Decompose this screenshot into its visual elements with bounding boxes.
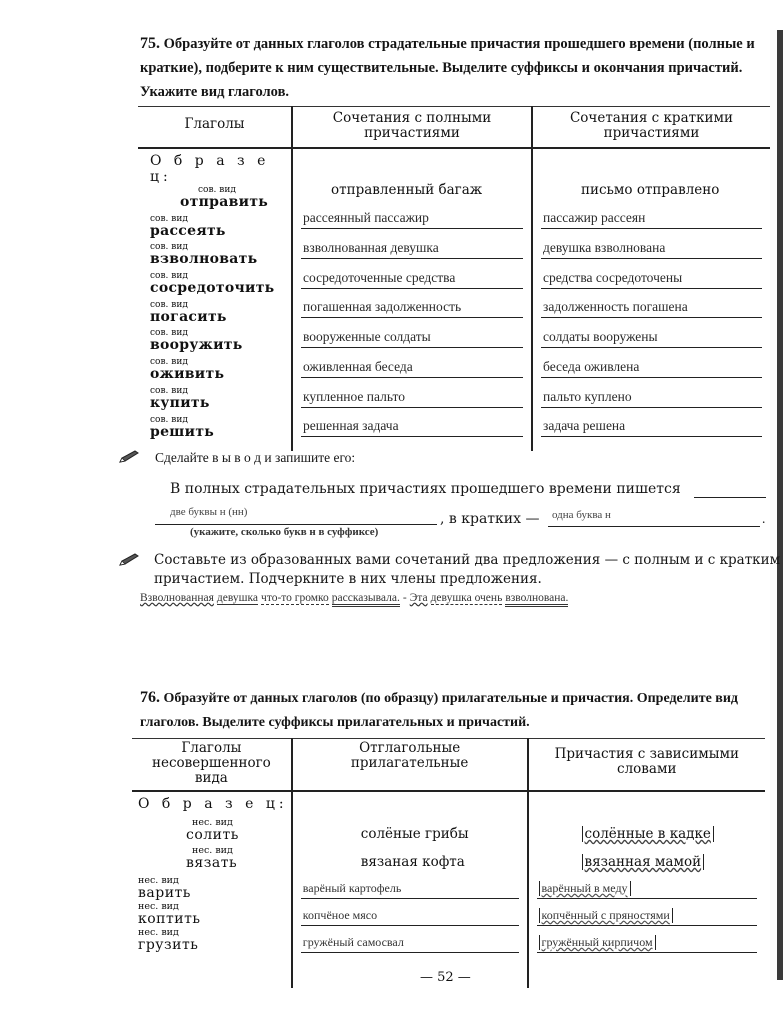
answer-short[interactable]: девушка взволнована (541, 229, 762, 259)
verbs-column: О б р а з е ц: нес. видсолить нес. видвя… (132, 791, 292, 988)
header-short: Сочетания с краткими причастиями (532, 107, 770, 149)
answer-short[interactable]: задача решена (541, 408, 762, 438)
verb-row: сов. видпогасить (150, 300, 291, 329)
answer-adjective[interactable]: варёный картофель (301, 872, 519, 899)
sample-verb: сов. вид отправить (150, 185, 291, 214)
sample-short: письмо отправлено (541, 171, 762, 200)
sample-participle: вязанная мамой (537, 844, 757, 872)
answer-full[interactable]: оживленная беседа (301, 348, 523, 378)
header-verbs: Глаголы (138, 107, 292, 149)
verbs-column: О б р а з е ц: сов. вид отправить сов. в… (138, 148, 292, 451)
header-participles: Причастия с зависимыми словами (528, 739, 765, 792)
conclusion-sentence: В полных страдательных причастиях прошед… (170, 481, 681, 497)
answer-short[interactable]: пассажир рассеян (541, 200, 762, 230)
pencil-icon (118, 553, 140, 567)
answer-full-count[interactable]: две буквы н (нн) (170, 506, 247, 518)
sample-adjective: солёные грибы (301, 816, 519, 844)
header-full: Сочетания с полными причастиями (292, 107, 532, 149)
adjectives-column: солёные грибы вязаная кофта варёный карт… (292, 791, 528, 988)
answer-full[interactable]: погашенная задолженность (301, 289, 523, 319)
sample-participle: солённые в кадке (537, 816, 757, 844)
pencil-icon (118, 450, 140, 464)
answer-short-count[interactable]: одна буква н (552, 509, 611, 521)
sentences-prompt: Составьте из образованных вами сочетаний… (154, 551, 780, 589)
conclusion-hint: (укажите, сколько букв н в суффиксе) (190, 526, 378, 538)
participles-column: солённые в кадке вязанная мамой варённый… (528, 791, 765, 988)
instruction-text: Образуйте от данных глаголов страдательн… (140, 36, 755, 100)
full-participles-column: отправленный багаж рассеянный пассажир в… (292, 148, 532, 451)
answer-full[interactable]: рассеянный пассажир (301, 200, 523, 230)
exercise-number: 75. (140, 35, 160, 52)
verb-row: сов. видвооружить (150, 328, 291, 357)
answer-participle[interactable]: гружённый кирпичом (537, 926, 757, 953)
answer-short[interactable]: солдаты вооружены (541, 318, 762, 348)
conclusion-middle: , в кратких — (440, 511, 539, 527)
answer-adjective[interactable]: гружёный самосвал (301, 926, 519, 953)
short-participles-column: письмо отправлено пассажир рассеян девуш… (532, 148, 770, 451)
sample-adjective: вязаная кофта (301, 844, 519, 872)
verb-row: нес. видварить (138, 876, 291, 902)
conclusion-end: . (762, 511, 765, 527)
sample-label: О б р а з е ц: (138, 796, 291, 812)
answer-short[interactable]: пальто куплено (541, 378, 762, 408)
header-adjectives: Отглагольные прилагательные (292, 739, 528, 792)
verb-row: нес. видкоптить (138, 902, 291, 928)
header-verbs: Глаголы несовершенного вида (132, 739, 292, 792)
answer-full[interactable]: вооруженные солдаты (301, 318, 523, 348)
sample-verb: нес. видсолить (138, 818, 291, 844)
answer-full[interactable]: решенная задача (301, 408, 523, 438)
verb-row: нес. видгрузить (138, 928, 291, 954)
answer-full[interactable]: сосредоточенные средства (301, 259, 523, 289)
conclusion-prompt: Сделайте в ы в о д и запишите его: (155, 450, 355, 466)
answer-full[interactable]: взволнованная девушка (301, 229, 523, 259)
page-edge-shadow (777, 30, 783, 980)
sample-label: О б р а з е ц: (150, 153, 291, 185)
answer-short[interactable]: задолженность погашена (541, 289, 762, 319)
exercise-75-instruction: 75. Образуйте от данных глаголов страдат… (140, 32, 772, 104)
answer-participle[interactable]: копчённый с пряностями (537, 899, 757, 926)
exercise-number: 76. (140, 689, 160, 706)
answer-short[interactable]: беседа оживлена (541, 348, 762, 378)
answer-short[interactable]: средства сосредоточены (541, 259, 762, 289)
answer-full-count-line[interactable] (155, 524, 437, 525)
verb-row: сов. видрешить (150, 415, 291, 444)
verb-row: сов. видоживить (150, 357, 291, 386)
verb-row: сов. видвзволновать (150, 242, 291, 271)
sample-full: отправленный багаж (301, 171, 523, 200)
answer-participle[interactable]: варённый в меду (537, 872, 757, 899)
sentences-answer[interactable]: Взволнованнаядевушкачто-то громкорассказ… (140, 592, 571, 604)
page-number: — 52 — (420, 970, 471, 985)
verb-row: сов. видрассеять (150, 214, 291, 243)
answer-short-count-line[interactable] (548, 526, 760, 527)
answer-adjective[interactable]: копчёное мясо (301, 899, 519, 926)
exercise-75-table: Глаголы Сочетания с полными причастиями … (138, 106, 770, 451)
exercise-76-table: Глаголы несовершенного вида Отглагольные… (132, 738, 765, 988)
sample-verb: нес. видвязать (138, 846, 291, 872)
blank-line[interactable] (694, 497, 766, 498)
verb-row: сов. видсосредоточить (150, 271, 291, 300)
verb-row: сов. видкупить (150, 386, 291, 415)
instruction-text: Образуйте от данных глаголов (по образцу… (140, 691, 738, 730)
exercise-76-instruction: 76. Образуйте от данных глаголов (по обр… (140, 686, 772, 735)
answer-full[interactable]: купленное пальто (301, 378, 523, 408)
